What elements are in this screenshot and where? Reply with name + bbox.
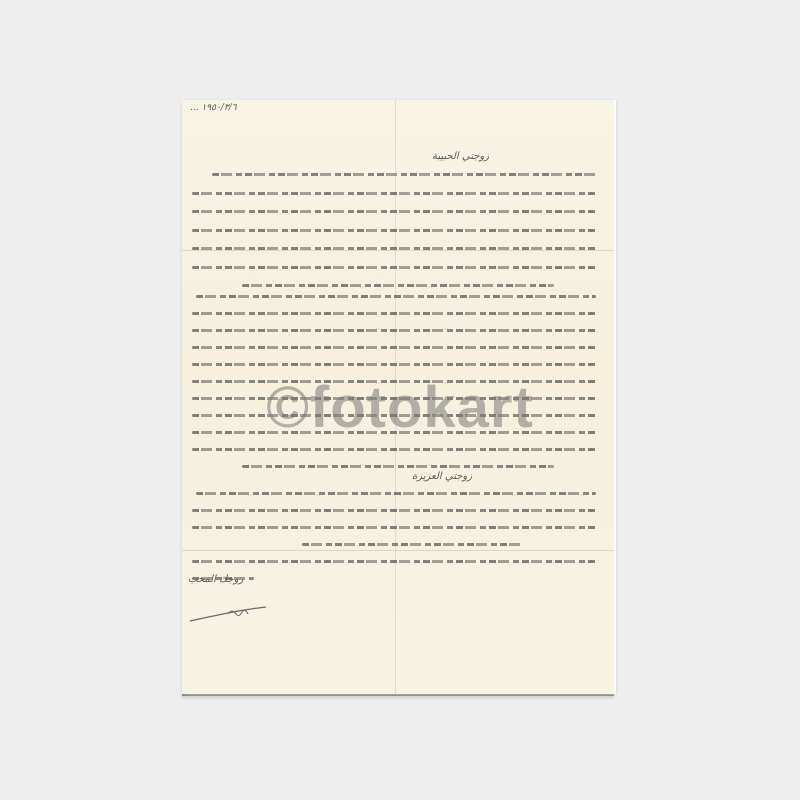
section-heading: زوجتي العزيزة <box>412 471 472 482</box>
handwritten-line <box>242 284 554 287</box>
handwritten-line <box>192 312 596 315</box>
handwritten-line <box>192 526 596 529</box>
handwritten-line <box>192 448 596 451</box>
handwritten-line <box>192 247 596 250</box>
handwritten-line <box>192 431 596 434</box>
handwritten-line <box>192 380 596 383</box>
handwritten-line <box>196 295 596 298</box>
handwritten-line <box>192 192 596 195</box>
closing: زوجك المحب <box>188 574 243 585</box>
horizontal-fold <box>182 250 614 251</box>
handwritten-line <box>212 173 596 176</box>
handwritten-line <box>192 509 596 512</box>
handwritten-line <box>302 543 524 546</box>
salutation: زوجتي الحبيبة <box>432 151 489 162</box>
handwritten-line <box>192 397 596 400</box>
handwritten-line <box>192 363 596 366</box>
handwritten-line <box>192 560 596 563</box>
handwritten-line <box>192 229 596 232</box>
handwritten-line <box>196 492 596 495</box>
signature <box>188 605 268 623</box>
date-line: ١٩٥٠/٣/٦ ... <box>190 103 237 113</box>
handwritten-line <box>242 465 554 468</box>
horizontal-fold <box>182 550 614 551</box>
letter-paper: ١٩٥٠/٣/٦ ... زوجتي الحبيبة زوجتي العزيزة… <box>182 100 614 694</box>
handwritten-line <box>192 210 596 213</box>
handwritten-line <box>192 266 596 269</box>
handwritten-line <box>192 346 596 349</box>
handwritten-line <box>192 414 596 417</box>
handwritten-line <box>192 329 596 332</box>
